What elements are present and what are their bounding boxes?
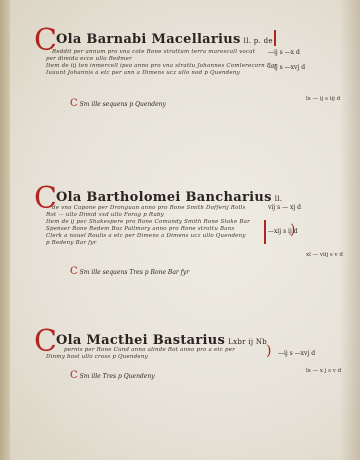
entry-total: xl — viij s v d [306,252,343,258]
text-line: Item de ij pec Shakespere pro Rone Coman… [46,219,250,225]
sub-entry: CSm ille Tres p Quendeny [70,370,155,381]
text-line: pernis per Rone Cund anno alinde Rot ann… [64,347,235,353]
amount: —ij s —xvj d [268,64,305,71]
red-bracket [264,220,266,244]
amount: —ij s —x d [268,49,300,56]
amount: vij s — xj d [268,204,301,211]
text-line: Iuuunt Johannis a etc per ann a Dimens u… [46,70,240,76]
sub-entry: CSm ille sequens p Quendeny [70,98,166,109]
text-line: Rot — ullo Dimid xxd ullo Forag p Ruby [46,212,164,218]
entry-total: lx — x j s v d [306,368,341,374]
red-bracket [274,30,276,46]
text-line: Reddit per annum pro vna cote Rone strat… [52,49,255,55]
text-line: p Redeny Bar fyr [46,240,97,246]
text-line: Spenser Rone Redem Boz Pallmory anno pro… [46,226,235,232]
sub-entry: CSm ille sequens Tres p Rone Bar fyr [70,266,189,277]
text-line: Clerk a nouel Roulis a etc per Dimens a … [46,233,246,239]
entry-total: lx — ij s iij d [306,96,340,102]
red-mark: ) [290,222,295,238]
red-mark: ) [266,343,271,359]
entry-heading: Ola Macthei BastariusLxbr ij Nb [56,333,267,348]
text-line: per dimida ecce ullo Redmer [46,56,132,62]
text-line: Dinmy bost ullo cross p Quendeny [46,354,148,360]
entry-heading: Ola Barnabi Macellariusll. p. de [56,32,273,47]
text-line: Item de iij ten inmercell ipso anno pro … [46,63,277,69]
manuscript-page: C Ola Barnabi Macellariusll. p. de Reddi… [10,0,360,460]
red-initial: C [34,327,57,357]
entry-heading: Ola Bartholomei Banchariusll. [56,190,282,205]
amount: —ij s —xvj d [278,350,315,357]
text-line: de vno Capone per Dronguan anno pro Rone… [52,205,246,211]
